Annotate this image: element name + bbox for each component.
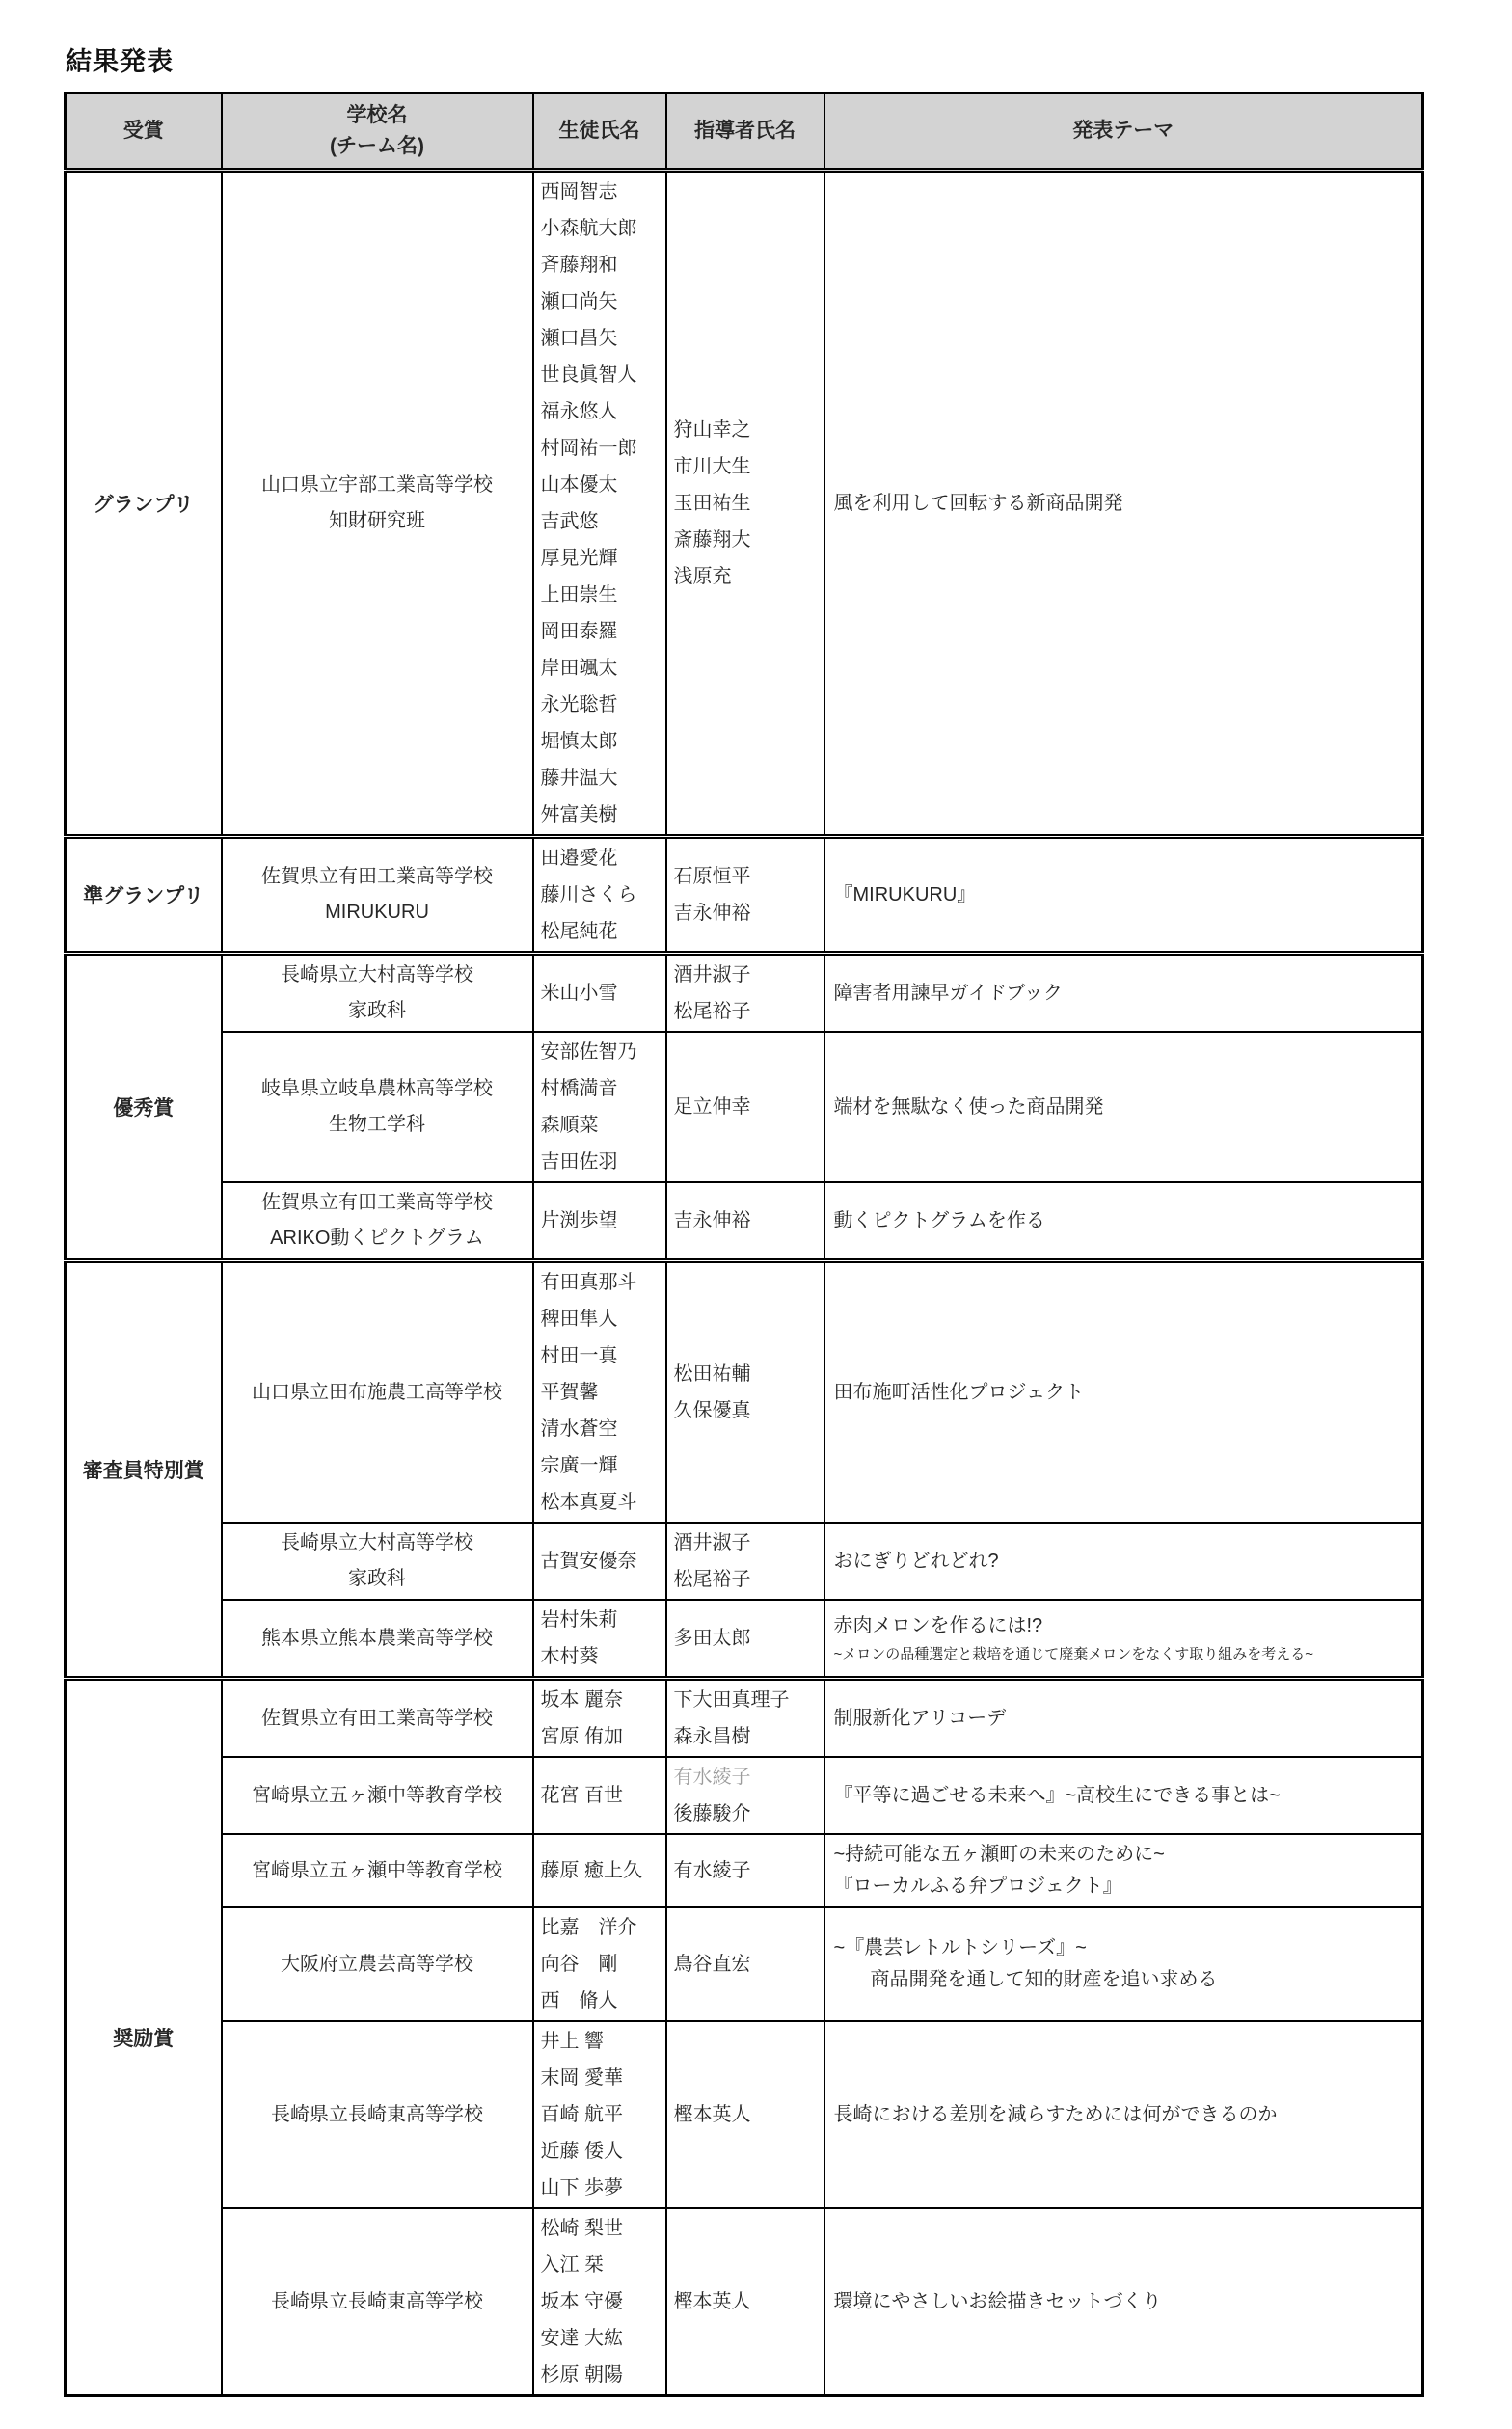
students-line: 花宮 百世: [541, 1777, 663, 1814]
students-line: 村岡祐一郎: [541, 430, 663, 467]
instructors-line: 有水綾子: [674, 1759, 822, 1795]
instructors-cell: 酒井淑子松尾裕子: [666, 954, 824, 1033]
students-line: 藤原 癒上久: [541, 1852, 663, 1889]
students-line: 安部佐智乃: [541, 1034, 663, 1070]
school-cell: 大阪府立農芸高等学校: [222, 1907, 533, 2021]
school-line: 宮崎県立五ヶ瀬中等教育学校: [227, 1853, 528, 1889]
students-line: 近藤 倭人: [541, 2133, 663, 2170]
column-header-school: 学校名(チーム名): [222, 94, 533, 171]
table-row: 優秀賞長崎県立大村高等学校家政科米山小雪酒井淑子松尾裕子障害者用諫早ガイドブック: [66, 954, 1423, 1033]
school-line: 山口県立宇部工業高等学校: [227, 468, 528, 503]
theme-cell: 『平等に過ごせる未来へ』~高校生にできる事とは~: [824, 1757, 1423, 1834]
students-line: 森順菜: [541, 1107, 663, 1144]
table-row: 宮崎県立五ヶ瀬中等教育学校藤原 癒上久有水綾子~持続可能な五ヶ瀬町の未来のために…: [66, 1834, 1423, 1907]
theme-cell: 『MIRUKURU』: [824, 837, 1423, 954]
instructors-line: 酒井淑子: [674, 1525, 822, 1561]
students-line: 宮原 侑加: [541, 1718, 663, 1755]
table-row: 熊本県立熊本農業高等学校岩村朱莉木村葵多田太郎赤肉メロンを作るには!?~メロンの…: [66, 1600, 1423, 1679]
theme-line: おにぎりどれどれ?: [834, 1546, 1417, 1578]
students-line: 稗田隼人: [541, 1301, 663, 1337]
theme-line: 商品開発を通して知的財産を追い求める: [834, 1964, 1417, 1996]
instructors-cell: 有水綾子: [666, 1834, 824, 1907]
school-cell: 長崎県立大村高等学校家政科: [222, 1523, 533, 1600]
theme-cell: 障害者用諫早ガイドブック: [824, 954, 1423, 1033]
instructors-line: 玉田祐生: [674, 485, 822, 522]
students-line: 藤川さくら: [541, 877, 663, 913]
theme-cell: 制服新化アリコーデ: [824, 1679, 1423, 1758]
theme-cell: 赤肉メロンを作るには!?~メロンの品種選定と栽培を通じて廃棄メロンをなくす取り組…: [824, 1600, 1423, 1679]
school-cell: 佐賀県立有田工業高等学校MIRUKURU: [222, 837, 533, 954]
school-line: 佐賀県立有田工業高等学校: [227, 859, 528, 895]
table-body: グランプリ山口県立宇部工業高等学校知財研究班西岡智志小森航大郎斉藤翔和瀬口尚矢瀬…: [66, 171, 1423, 2396]
column-header-instructors: 指導者氏名: [666, 94, 824, 171]
students-line: 山下 歩夢: [541, 2170, 663, 2206]
students-line: 瀬口尚矢: [541, 283, 663, 320]
instructors-cell: 鳥谷直宏: [666, 1907, 824, 2021]
award-cell: 優秀賞: [66, 954, 222, 1261]
theme-line: 風を利用して回転する新商品開発: [834, 488, 1417, 520]
theme-line: 田布施町活性化プロジェクト: [834, 1377, 1417, 1409]
students-line: 百崎 航平: [541, 2096, 663, 2133]
award-cell: 奨励賞: [66, 1679, 222, 2396]
instructors-cell: 狩山幸之市川大生玉田祐生斎藤翔大浅原充: [666, 171, 824, 837]
theme-cell: ~持続可能な五ヶ瀬町の未来のために~『ローカルふる弁プロジェクト』: [824, 1834, 1423, 1907]
theme-cell: 長崎における差別を減らすためには何ができるのか: [824, 2021, 1423, 2208]
theme-line: 障害者用諫早ガイドブック: [834, 978, 1417, 1010]
column-header-line: (チーム名): [225, 131, 530, 162]
theme-line: 動くピクトグラムを作る: [834, 1205, 1417, 1237]
theme-line: 制服新化アリコーデ: [834, 1703, 1417, 1735]
students-line: 瀬口昌矢: [541, 320, 663, 357]
students-line: 米山小雪: [541, 975, 663, 1012]
students-cell: 松崎 梨世入江 栞坂本 守優安達 大紘杉原 朝陽: [533, 2208, 666, 2396]
table-row: 岐阜県立岐阜農林高等学校生物工学科安部佐智乃村橋満音森順菜吉田佐羽足立伸幸端材を…: [66, 1032, 1423, 1182]
school-line: 家政科: [227, 993, 528, 1029]
column-header-line: 学校名: [225, 100, 530, 131]
students-line: 福永悠人: [541, 393, 663, 430]
school-cell: 熊本県立熊本農業高等学校: [222, 1600, 533, 1679]
theme-line: 赤肉メロンを作るには!?: [834, 1610, 1417, 1642]
column-header-line: 指導者氏名: [669, 116, 822, 147]
table-row: グランプリ山口県立宇部工業高等学校知財研究班西岡智志小森航大郎斉藤翔和瀬口尚矢瀬…: [66, 171, 1423, 837]
instructors-line: 森永昌樹: [674, 1718, 822, 1755]
students-line: 安達 大紘: [541, 2320, 663, 2357]
instructors-line: 久保優真: [674, 1392, 822, 1429]
students-line: 舛富美樹: [541, 796, 663, 833]
students-line: 吉田佐羽: [541, 1144, 663, 1180]
instructors-line: 松尾裕子: [674, 1561, 822, 1598]
students-line: 坂本 守優: [541, 2283, 663, 2320]
instructors-line: 有水綾子: [674, 1852, 822, 1889]
students-line: 斉藤翔和: [541, 247, 663, 283]
theme-cell: おにぎりどれどれ?: [824, 1523, 1423, 1600]
theme-cell: ~『農芸レトルトシリーズ』~商品開発を通して知的財産を追い求める: [824, 1907, 1423, 2021]
instructors-cell: 吉永伸裕: [666, 1182, 824, 1261]
school-cell: 長崎県立長崎東高等学校: [222, 2208, 533, 2396]
students-cell: 岩村朱莉木村葵: [533, 1600, 666, 1679]
students-line: 田邉愛花: [541, 840, 663, 877]
instructors-line: 吉永伸裕: [674, 1202, 822, 1239]
school-cell: 宮崎県立五ヶ瀬中等教育学校: [222, 1834, 533, 1907]
table-row: 長崎県立長崎東高等学校松崎 梨世入江 栞坂本 守優安達 大紘杉原 朝陽樫本英人環…: [66, 2208, 1423, 2396]
theme-line: 『平等に過ごせる未来へ』~高校生にできる事とは~: [834, 1780, 1417, 1812]
column-header-award: 受賞: [66, 94, 222, 171]
students-line: 有田真那斗: [541, 1264, 663, 1301]
table-row: 佐賀県立有田工業高等学校ARIKO動くピクトグラム片渕歩望吉永伸裕動くピクトグラ…: [66, 1182, 1423, 1261]
students-line: 山本優太: [541, 467, 663, 503]
instructors-line: 狩山幸之: [674, 412, 822, 448]
page-title: 結果発表: [66, 40, 1454, 78]
students-line: 平賀馨: [541, 1374, 663, 1411]
school-line: 生物工学科: [227, 1107, 528, 1143]
theme-line: ~メロンの品種選定と栽培を通じて廃棄メロンをなくす取り組みを考える~: [834, 1642, 1417, 1667]
students-cell: 安部佐智乃村橋満音森順菜吉田佐羽: [533, 1032, 666, 1182]
students-line: 松尾純花: [541, 913, 663, 950]
column-header-line: 受賞: [68, 116, 219, 147]
school-line: 宮崎県立五ヶ瀬中等教育学校: [227, 1778, 528, 1814]
students-cell: 田邉愛花藤川さくら松尾純花: [533, 837, 666, 954]
theme-cell: 動くピクトグラムを作る: [824, 1182, 1423, 1261]
instructors-cell: 有水綾子後藤駿介: [666, 1757, 824, 1834]
school-line: 長崎県立大村高等学校: [227, 1525, 528, 1561]
students-cell: 比嘉 洋介向谷 剛西 脩人: [533, 1907, 666, 2021]
school-cell: 長崎県立長崎東高等学校: [222, 2021, 533, 2208]
students-line: 木村葵: [541, 1638, 663, 1675]
instructors-cell: 多田太郎: [666, 1600, 824, 1679]
header-row: 受賞学校名(チーム名)生徒氏名指導者氏名発表テーマ: [66, 94, 1423, 171]
theme-line: 『ローカルふる弁プロジェクト』: [834, 1871, 1417, 1903]
instructors-line: 後藤駿介: [674, 1795, 822, 1832]
students-line: 入江 栞: [541, 2247, 663, 2283]
students-line: 吉武悠: [541, 503, 663, 540]
table-row: 長崎県立大村高等学校家政科古賀安優奈酒井淑子松尾裕子おにぎりどれどれ?: [66, 1523, 1423, 1600]
results-table: 受賞学校名(チーム名)生徒氏名指導者氏名発表テーマ グランプリ山口県立宇部工業高…: [64, 92, 1424, 2397]
school-line: ARIKO動くピクトグラム: [227, 1221, 528, 1256]
students-line: 井上 響: [541, 2023, 663, 2060]
instructors-line: 松尾裕子: [674, 993, 822, 1030]
column-header-theme: 発表テーマ: [824, 94, 1423, 171]
instructors-cell: 樫本英人: [666, 2208, 824, 2396]
students-line: 西 脩人: [541, 1983, 663, 2019]
students-line: 杉原 朝陽: [541, 2357, 663, 2393]
students-cell: 井上 響末岡 愛華百崎 航平近藤 倭人山下 歩夢: [533, 2021, 666, 2208]
instructors-cell: 下大田真理子森永昌樹: [666, 1679, 824, 1758]
theme-line: 『MIRUKURU』: [834, 879, 1417, 911]
instructors-cell: 足立伸幸: [666, 1032, 824, 1182]
instructors-line: 足立伸幸: [674, 1089, 822, 1125]
students-line: 古賀安優奈: [541, 1543, 663, 1579]
students-line: 松本真夏斗: [541, 1484, 663, 1521]
students-cell: 米山小雪: [533, 954, 666, 1033]
school-cell: 佐賀県立有田工業高等学校ARIKO動くピクトグラム: [222, 1182, 533, 1261]
school-cell: 宮崎県立五ヶ瀬中等教育学校: [222, 1757, 533, 1834]
theme-cell: 環境にやさしいお絵描きセットづくり: [824, 2208, 1423, 2396]
instructors-cell: 松田祐輔久保優真: [666, 1261, 824, 1524]
students-line: 藤井温大: [541, 760, 663, 796]
instructors-line: 鳥谷直宏: [674, 1946, 822, 1983]
award-cell: グランプリ: [66, 171, 222, 837]
school-cell: 佐賀県立有田工業高等学校: [222, 1679, 533, 1758]
students-line: 永光聡哲: [541, 687, 663, 723]
instructors-cell: 樫本英人: [666, 2021, 824, 2208]
instructors-line: 石原恒平: [674, 858, 822, 895]
theme-line: ~持続可能な五ヶ瀬町の未来のために~: [834, 1839, 1417, 1871]
students-line: 片渕歩望: [541, 1202, 663, 1239]
students-line: 比嘉 洋介: [541, 1909, 663, 1946]
table-header: 受賞学校名(チーム名)生徒氏名指導者氏名発表テーマ: [66, 94, 1423, 171]
students-line: 岸田颯太: [541, 650, 663, 687]
instructors-line: 市川大生: [674, 448, 822, 485]
table-row: 宮崎県立五ヶ瀬中等教育学校花宮 百世有水綾子後藤駿介『平等に過ごせる未来へ』~高…: [66, 1757, 1423, 1834]
instructors-line: 吉永伸裕: [674, 895, 822, 931]
students-line: 岡田泰羅: [541, 613, 663, 650]
students-line: 村田一真: [541, 1337, 663, 1374]
students-cell: 西岡智志小森航大郎斉藤翔和瀬口尚矢瀬口昌矢世良眞智人福永悠人村岡祐一郎山本優太吉…: [533, 171, 666, 837]
school-line: 山口県立田布施農工高等学校: [227, 1375, 528, 1411]
theme-line: 長崎における差別を減らすためには何ができるのか: [834, 2099, 1417, 2131]
table-row: 奨励賞佐賀県立有田工業高等学校坂本 麗奈宮原 侑加下大田真理子森永昌樹制服新化ア…: [66, 1679, 1423, 1758]
students-line: 松崎 梨世: [541, 2210, 663, 2247]
instructors-cell: 酒井淑子松尾裕子: [666, 1523, 824, 1600]
school-line: 佐賀県立有田工業高等学校: [227, 1185, 528, 1221]
school-cell: 山口県立宇部工業高等学校知財研究班: [222, 171, 533, 837]
school-line: MIRUKURU: [227, 895, 528, 931]
column-header-students: 生徒氏名: [533, 94, 666, 171]
theme-cell: 田布施町活性化プロジェクト: [824, 1261, 1423, 1524]
students-cell: 片渕歩望: [533, 1182, 666, 1261]
instructors-line: 浅原充: [674, 558, 822, 595]
column-header-line: 発表テーマ: [827, 116, 1420, 147]
instructors-line: 樫本英人: [674, 2096, 822, 2133]
students-cell: 花宮 百世: [533, 1757, 666, 1834]
students-line: 向谷 剛: [541, 1946, 663, 1983]
students-cell: 古賀安優奈: [533, 1523, 666, 1600]
school-line: 長崎県立長崎東高等学校: [227, 2284, 528, 2320]
award-cell: 準グランプリ: [66, 837, 222, 954]
instructors-line: 多田太郎: [674, 1620, 822, 1657]
students-line: 世良眞智人: [541, 357, 663, 393]
school-line: 大阪府立農芸高等学校: [227, 1947, 528, 1983]
school-cell: 岐阜県立岐阜農林高等学校生物工学科: [222, 1032, 533, 1182]
students-line: 西岡智志: [541, 174, 663, 210]
table-row: 審査員特別賞山口県立田布施農工高等学校有田真那斗稗田隼人村田一真平賀馨清水蒼空宗…: [66, 1261, 1423, 1524]
students-line: 小森航大郎: [541, 210, 663, 247]
school-line: 長崎県立大村高等学校: [227, 958, 528, 993]
students-line: 村橋満音: [541, 1070, 663, 1107]
instructors-line: 樫本英人: [674, 2283, 822, 2320]
school-cell: 長崎県立大村高等学校家政科: [222, 954, 533, 1033]
theme-line: ~『農芸レトルトシリーズ』~: [834, 1932, 1417, 1964]
school-line: 岐阜県立岐阜農林高等学校: [227, 1071, 528, 1107]
theme-line: 端材を無駄なく使った商品開発: [834, 1092, 1417, 1123]
students-line: 清水蒼空: [541, 1411, 663, 1447]
table-row: 準グランプリ佐賀県立有田工業高等学校MIRUKURU田邉愛花藤川さくら松尾純花石…: [66, 837, 1423, 954]
column-header-line: 生徒氏名: [536, 116, 663, 147]
instructors-cell: 石原恒平吉永伸裕: [666, 837, 824, 954]
table-row: 大阪府立農芸高等学校比嘉 洋介向谷 剛西 脩人鳥谷直宏~『農芸レトルトシリーズ』…: [66, 1907, 1423, 2021]
students-line: 坂本 麗奈: [541, 1682, 663, 1718]
school-cell: 山口県立田布施農工高等学校: [222, 1261, 533, 1524]
instructors-line: 酒井淑子: [674, 957, 822, 993]
school-line: 長崎県立長崎東高等学校: [227, 2097, 528, 2133]
school-line: 佐賀県立有田工業高等学校: [227, 1701, 528, 1737]
students-cell: 有田真那斗稗田隼人村田一真平賀馨清水蒼空宗廣一輝松本真夏斗: [533, 1261, 666, 1524]
students-line: 上田崇生: [541, 577, 663, 613]
table-row: 長崎県立長崎東高等学校井上 響末岡 愛華百崎 航平近藤 倭人山下 歩夢樫本英人長…: [66, 2021, 1423, 2208]
students-line: 堀慎太郎: [541, 723, 663, 760]
instructors-line: 下大田真理子: [674, 1682, 822, 1718]
theme-cell: 風を利用して回転する新商品開発: [824, 171, 1423, 837]
students-cell: 藤原 癒上久: [533, 1834, 666, 1907]
theme-line: 環境にやさしいお絵描きセットづくり: [834, 2286, 1417, 2318]
award-cell: 審査員特別賞: [66, 1261, 222, 1679]
students-line: 末岡 愛華: [541, 2060, 663, 2096]
students-line: 岩村朱莉: [541, 1602, 663, 1638]
instructors-line: 松田祐輔: [674, 1356, 822, 1392]
school-line: 熊本県立熊本農業高等学校: [227, 1621, 528, 1657]
page: 結果発表 受賞学校名(チーム名)生徒氏名指導者氏名発表テーマ グランプリ山口県立…: [0, 0, 1512, 2426]
students-cell: 坂本 麗奈宮原 侑加: [533, 1679, 666, 1758]
instructors-line: 斎藤翔大: [674, 522, 822, 558]
school-line: 家政科: [227, 1561, 528, 1597]
theme-cell: 端材を無駄なく使った商品開発: [824, 1032, 1423, 1182]
students-line: 厚見光輝: [541, 540, 663, 577]
school-line: 知財研究班: [227, 503, 528, 539]
students-line: 宗廣一輝: [541, 1447, 663, 1484]
